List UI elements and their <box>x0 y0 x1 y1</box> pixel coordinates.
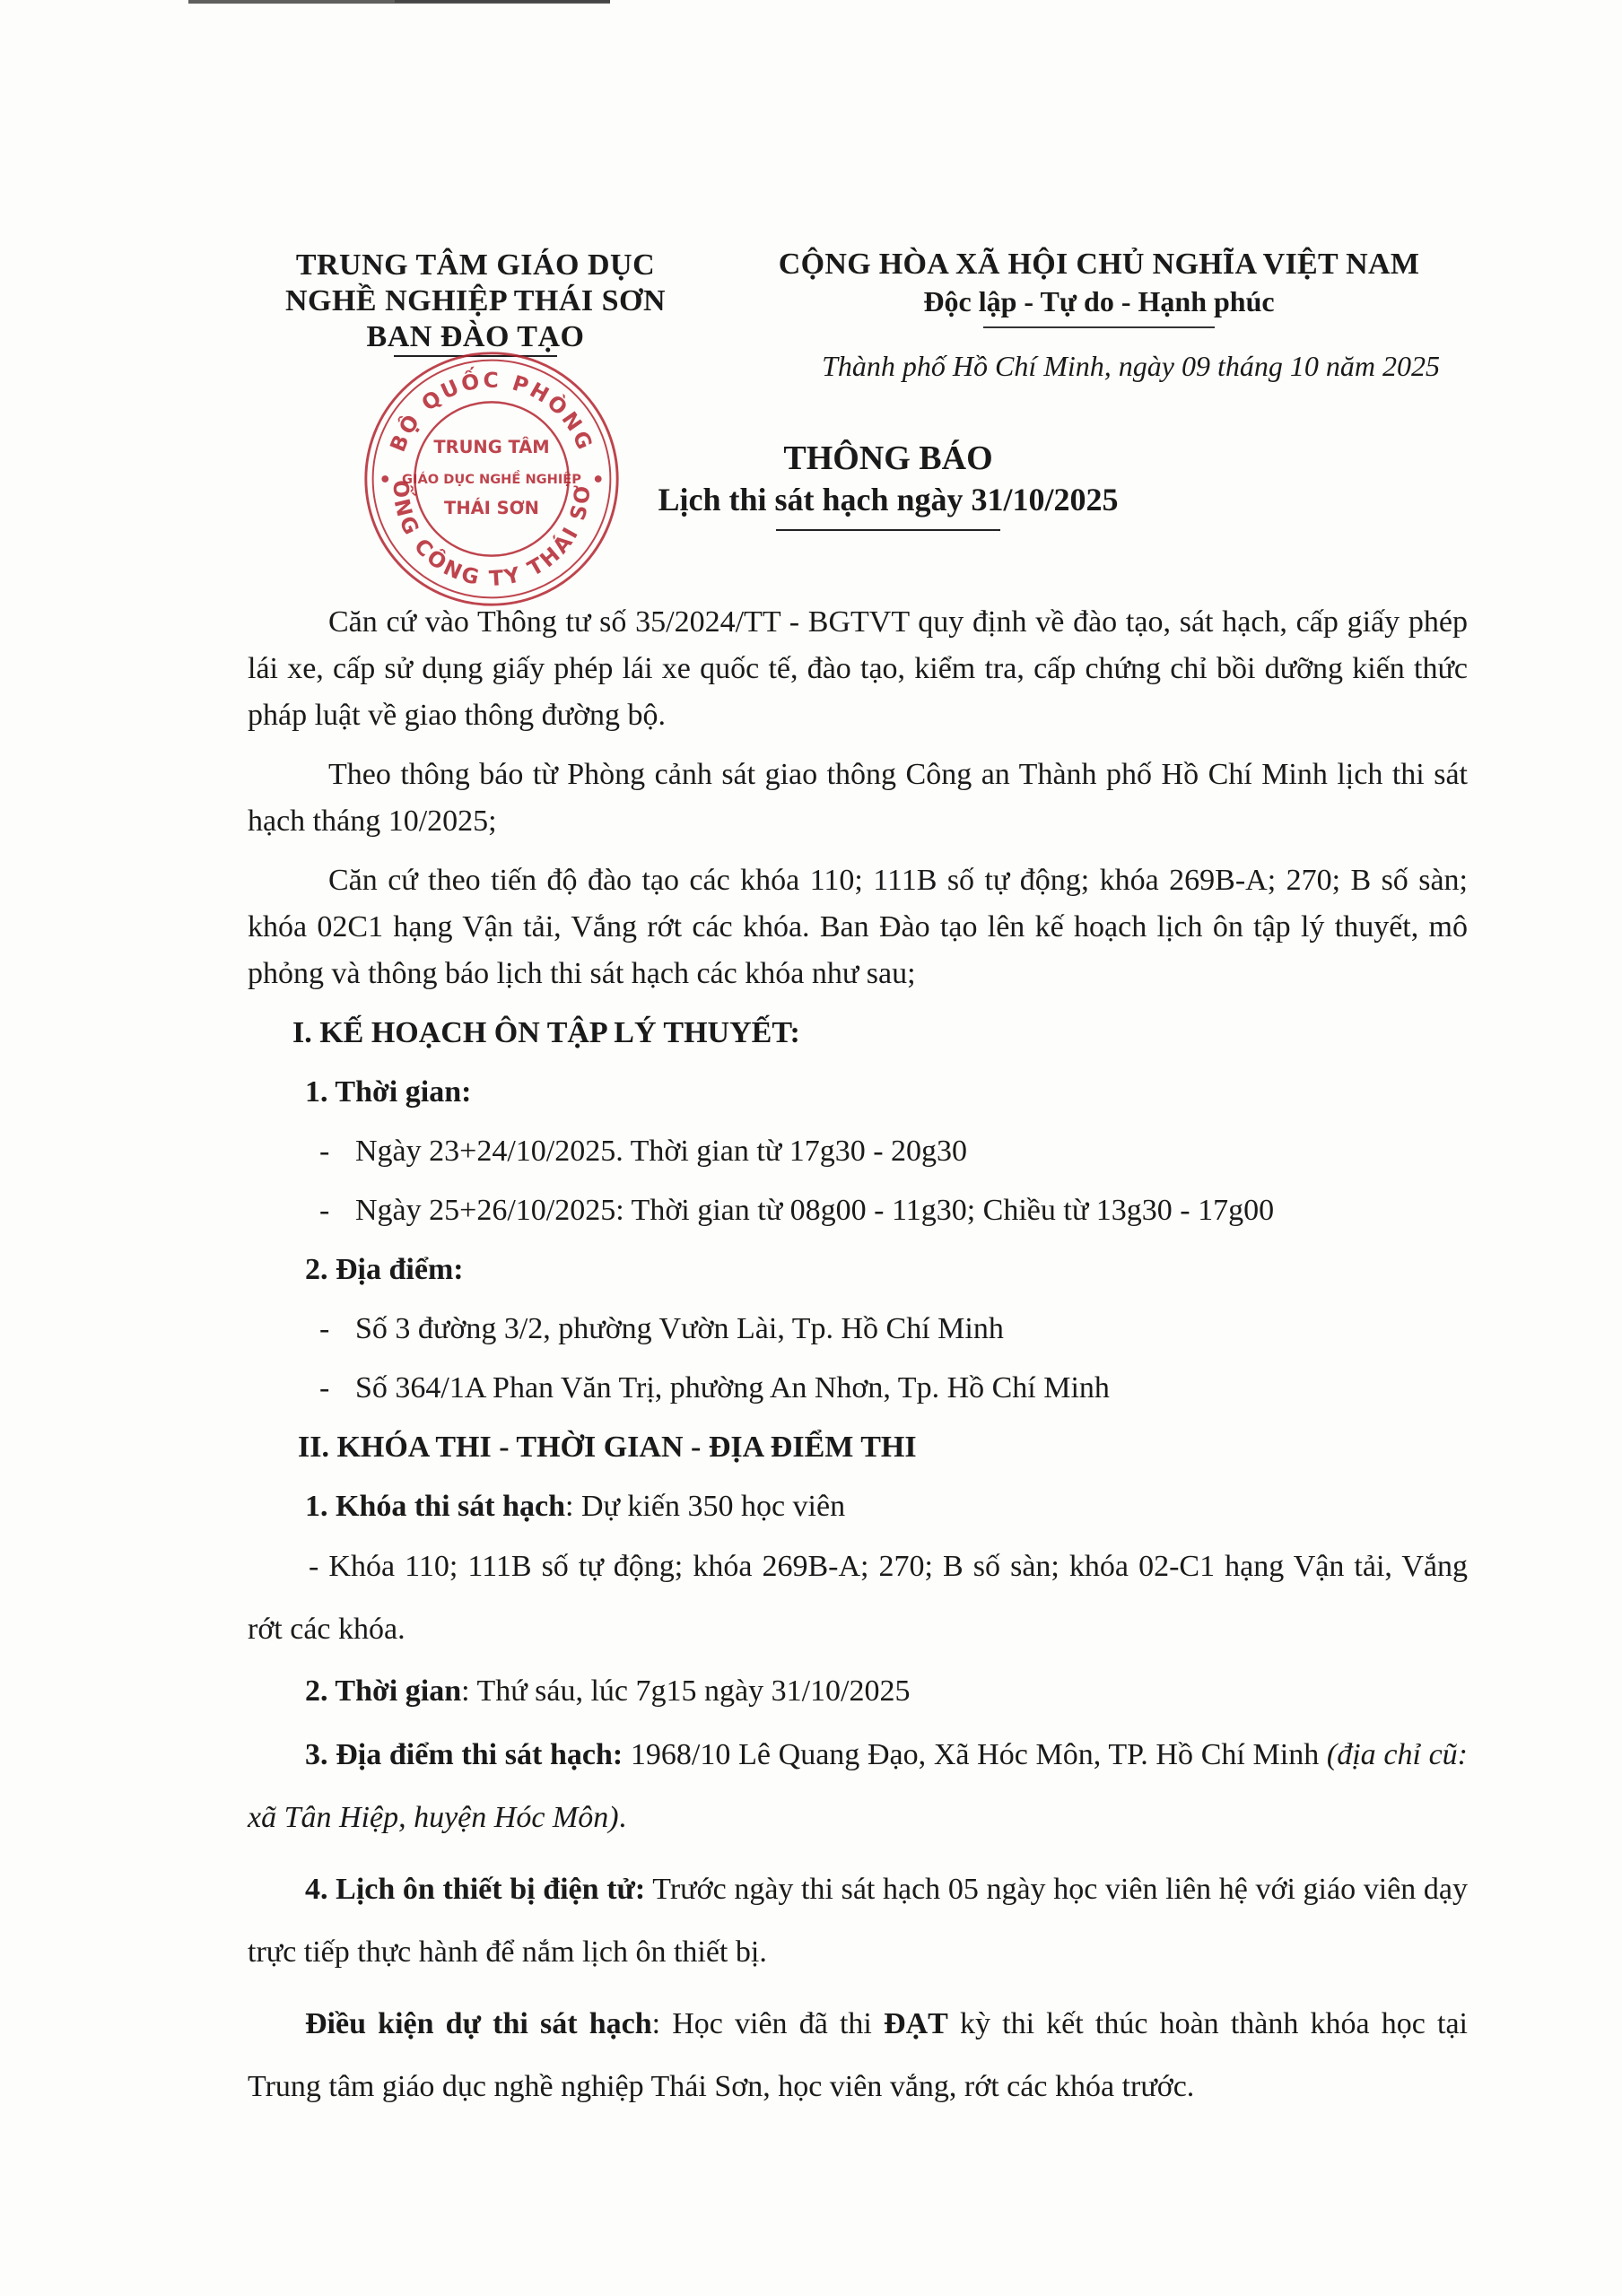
exam-time-line: 2. Thời gian: Thứ sáu, lúc 7g15 ngày 31/… <box>305 1668 1468 1715</box>
motto-underline <box>983 326 1215 328</box>
issuing-organization: TRUNG TÂM GIÁO DỤC NGHỀ NGHIỆP THÁI SƠN … <box>260 248 691 355</box>
review-time-item: Ngày 25+26/10/2025: Thời gian từ 08g00 -… <box>355 1187 1468 1234</box>
section-2-heading: II. KHÓA THI - THỜI GIAN - ĐỊA ĐIỂM THI <box>298 1424 1468 1471</box>
national-motto: Độc lập - Tự do - Hạnh phúc <box>923 283 1274 319</box>
exam-location-line: 3. Địa điểm thi sát hạch: 1968/10 Lê Qua… <box>248 1724 1468 1849</box>
official-seal-icon: BỘ QUỐC PHÒNG TỔNG CÔNG TY THÁI SƠN TRUN… <box>361 348 623 610</box>
section-1-place-label: 2. Địa điểm: <box>305 1247 1468 1293</box>
police-notice-paragraph: Theo thông báo từ Phòng cảnh sát giao th… <box>248 752 1468 845</box>
title-underline <box>776 529 1000 531</box>
nation-name: CỘNG HÒA XÃ HỘI CHỦ NGHĨA VIỆT NAM <box>731 246 1467 283</box>
place-and-date: Thành phố Hồ Chí Minh, ngày 09 tháng 10 … <box>731 348 1467 384</box>
pass-status: ĐẠT <box>884 2007 948 2040</box>
title-main: THÔNG BÁO <box>610 438 1166 479</box>
exam-location-value: 1968/10 Lê Quang Đạo, Xã Hóc Môn, TP. Hồ… <box>623 1738 1327 1771</box>
device-review-label: 4. Lịch ôn thiết bị điện tử: <box>305 1873 645 1906</box>
exam-time-value: : Thứ sáu, lúc 7g15 ngày 31/10/2025 <box>461 1674 910 1708</box>
review-time-item: Ngày 23+24/10/2025. Thời gian từ 17g30 -… <box>355 1128 1468 1175</box>
document-body: Căn cứ vào Thông tư số 35/2024/TT - BGTV… <box>248 599 1468 2118</box>
exam-course-label: 1. Khóa thi sát hạch <box>305 1490 565 1523</box>
national-header: CỘNG HÒA XÃ HỘI CHỦ NGHĨA VIỆT NAM Độc l… <box>731 246 1467 384</box>
exam-course-value: : Dự kiến 350 học viên <box>565 1490 845 1523</box>
device-review-line: 4. Lịch ôn thiết bị điện tử: Trước ngày … <box>248 1858 1468 1984</box>
exam-course-detail: - Khóa 110; 111B số tự động; khóa 269B-A… <box>248 1535 1468 1661</box>
svg-text:THÁI SƠN: THÁI SƠN <box>444 498 539 518</box>
training-progress-paragraph: Căn cứ theo tiến độ đào tạo các khóa 110… <box>248 857 1468 997</box>
exam-course-line: 1. Khóa thi sát hạch: Dự kiến 350 học vi… <box>305 1483 1468 1530</box>
document-page: TRUNG TÂM GIÁO DỤC NGHỀ NGHIỆP THÁI SƠN … <box>0 0 1622 2296</box>
org-line-1: TRUNG TÂM GIÁO DỤC <box>260 248 691 283</box>
svg-text:GIÁO DỤC NGHỀ NGHIỆP: GIÁO DỤC NGHỀ NGHIỆP <box>402 470 581 487</box>
section-1-time-label: 1. Thời gian: <box>305 1069 1468 1116</box>
section-1-heading: I. KẾ HOẠCH ÔN TẬP LÝ THUYẾT: <box>292 1010 1468 1057</box>
legal-basis-paragraph: Căn cứ vào Thông tư số 35/2024/TT - BGTV… <box>248 599 1468 739</box>
review-place-item: Số 3 đường 3/2, phường Vườn Lài, Tp. Hồ … <box>355 1306 1468 1352</box>
org-line-2: NGHỀ NGHIỆP THÁI SƠN <box>260 283 691 319</box>
eligibility-label: Điều kiện dự thi sát hạch <box>305 2007 652 2040</box>
exam-location-label: 3. Địa điểm thi sát hạch: <box>305 1738 623 1771</box>
svg-text:TRUNG TÂM: TRUNG TÂM <box>433 437 549 457</box>
document-title: THÔNG BÁO Lịch thi sát hạch ngày 31/10/2… <box>610 438 1166 531</box>
review-place-item: Số 364/1A Phan Văn Trị, phường An Nhơn, … <box>355 1365 1468 1412</box>
title-subject: Lịch thi sát hạch ngày 31/10/2025 <box>610 479 1166 520</box>
exam-eligibility-line: Điều kiện dự thi sát hạch: Học viên đã t… <box>248 1993 1468 2118</box>
exam-time-label: 2. Thời gian <box>305 1674 461 1708</box>
